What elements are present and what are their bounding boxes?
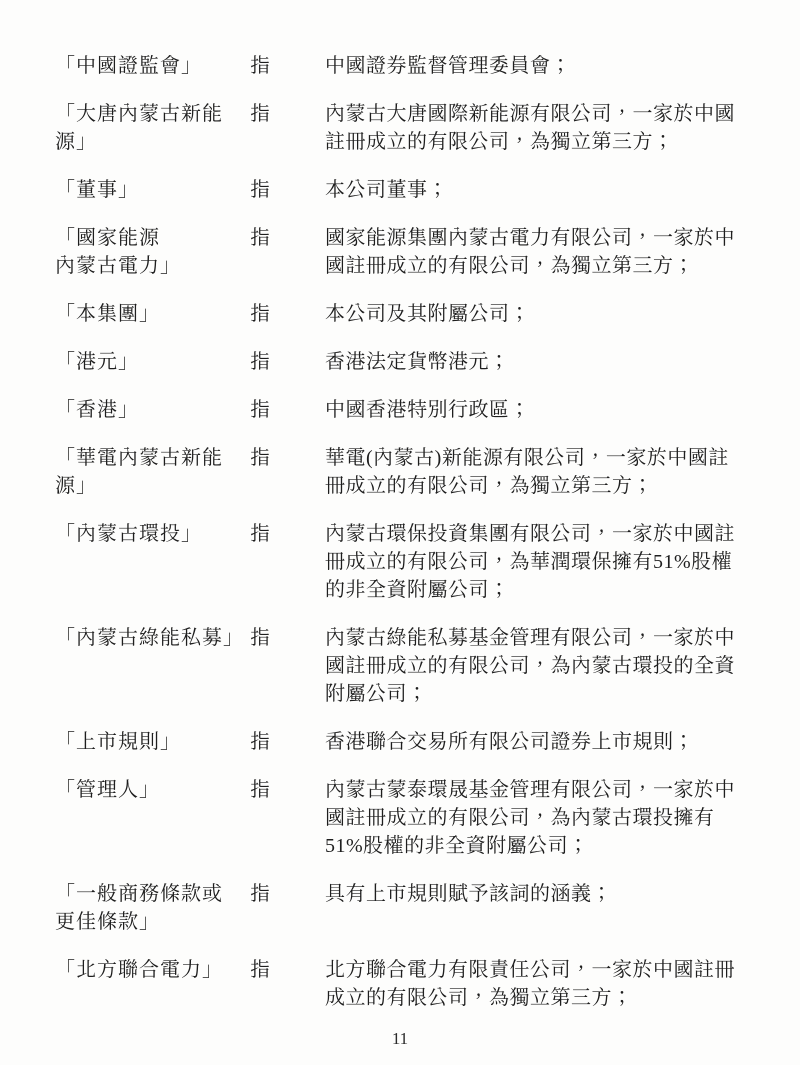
means-label: 指 bbox=[250, 300, 325, 328]
term-text: 「香港」 bbox=[55, 396, 250, 424]
means-label: 指 bbox=[250, 776, 325, 804]
definition-text: 香港法定貨幣港元； bbox=[325, 348, 745, 376]
means-label: 指 bbox=[250, 880, 325, 908]
definition-entry: 「上市規則」 指 香港聯合交易所有限公司證券上市規則； bbox=[55, 728, 745, 756]
term-text: 「中國證監會」 bbox=[55, 52, 250, 80]
definitions-list: 「中國證監會」 指 中國證券監督管理委員會； 「大唐內蒙古新能源」 指 內蒙古大… bbox=[55, 52, 745, 1012]
means-label: 指 bbox=[250, 100, 325, 128]
term-text: 「管理人」 bbox=[55, 776, 250, 804]
means-label: 指 bbox=[250, 728, 325, 756]
definition-entry: 「大唐內蒙古新能源」 指 內蒙古大唐國際新能源有限公司，一家於中國註冊成立的有限… bbox=[55, 100, 745, 156]
page-number: 11 bbox=[0, 1029, 800, 1049]
definition-entry: 「北方聯合電力」 指 北方聯合電力有限責任公司，一家於中國註冊成立的有限公司，為… bbox=[55, 956, 745, 1012]
means-label: 指 bbox=[250, 624, 325, 652]
definition-entry: 「港元」 指 香港法定貨幣港元； bbox=[55, 348, 745, 376]
means-label: 指 bbox=[250, 396, 325, 424]
means-label: 指 bbox=[250, 224, 325, 252]
term-text: 「內蒙古環投」 bbox=[55, 520, 250, 548]
definition-entry: 「中國證監會」 指 中國證券監督管理委員會； bbox=[55, 52, 745, 80]
term-text: 「董事」 bbox=[55, 176, 250, 204]
means-label: 指 bbox=[250, 956, 325, 984]
term-text: 「華電內蒙古新能源」 bbox=[55, 444, 250, 500]
means-label: 指 bbox=[250, 444, 325, 472]
term-text: 「一般商務條款或 更佳條款」 bbox=[55, 880, 250, 936]
definition-entry: 「國家能源 內蒙古電力」 指 國家能源集團內蒙古電力有限公司，一家於中國註冊成立… bbox=[55, 224, 745, 280]
definition-entry: 「一般商務條款或 更佳條款」 指 具有上市規則賦予該詞的涵義； bbox=[55, 880, 745, 936]
definition-entry: 「董事」 指 本公司董事； bbox=[55, 176, 745, 204]
definition-text: 具有上市規則賦予該詞的涵義； bbox=[325, 880, 745, 908]
definition-text: 本公司及其附屬公司； bbox=[325, 300, 745, 328]
means-label: 指 bbox=[250, 52, 325, 80]
term-text: 「大唐內蒙古新能源」 bbox=[55, 100, 250, 156]
term-text: 「北方聯合電力」 bbox=[55, 956, 250, 984]
definition-entry: 「內蒙古環投」 指 內蒙古環保投資集團有限公司，一家於中國註冊成立的有限公司，為… bbox=[55, 520, 745, 604]
definition-text: 國家能源集團內蒙古電力有限公司，一家於中國註冊成立的有限公司，為獨立第三方； bbox=[325, 224, 745, 280]
definition-text: 北方聯合電力有限責任公司，一家於中國註冊成立的有限公司，為獨立第三方； bbox=[325, 956, 745, 1012]
definition-entry: 「香港」 指 中國香港特別行政區； bbox=[55, 396, 745, 424]
term-text: 「本集團」 bbox=[55, 300, 250, 328]
means-label: 指 bbox=[250, 520, 325, 548]
definition-text: 中國證券監督管理委員會； bbox=[325, 52, 745, 80]
definition-text: 本公司董事； bbox=[325, 176, 745, 204]
definition-entry: 「華電內蒙古新能源」 指 華電(內蒙古)新能源有限公司，一家於中國註冊成立的有限… bbox=[55, 444, 745, 500]
means-label: 指 bbox=[250, 176, 325, 204]
document-page: 「中國證監會」 指 中國證券監督管理委員會； 「大唐內蒙古新能源」 指 內蒙古大… bbox=[0, 0, 800, 1065]
definition-text: 內蒙古環保投資集團有限公司，一家於中國註冊成立的有限公司，為華潤環保擁有51%股… bbox=[325, 520, 745, 604]
term-text: 「港元」 bbox=[55, 348, 250, 376]
definition-text: 香港聯合交易所有限公司證券上市規則； bbox=[325, 728, 745, 756]
definition-text: 中國香港特別行政區； bbox=[325, 396, 745, 424]
term-text: 「國家能源 內蒙古電力」 bbox=[55, 224, 250, 280]
definition-text: 華電(內蒙古)新能源有限公司，一家於中國註冊成立的有限公司，為獨立第三方； bbox=[325, 444, 745, 500]
definition-entry: 「管理人」 指 內蒙古蒙泰環晟基金管理有限公司，一家於中國註冊成立的有限公司，為… bbox=[55, 776, 745, 860]
definition-entry: 「本集團」 指 本公司及其附屬公司； bbox=[55, 300, 745, 328]
definition-entry: 「內蒙古綠能私募」 指 內蒙古綠能私募基金管理有限公司，一家於中國註冊成立的有限… bbox=[55, 624, 745, 708]
means-label: 指 bbox=[250, 348, 325, 376]
definition-text: 內蒙古綠能私募基金管理有限公司，一家於中國註冊成立的有限公司，為內蒙古環投的全資… bbox=[325, 624, 745, 708]
term-text: 「上市規則」 bbox=[55, 728, 250, 756]
definition-text: 內蒙古大唐國際新能源有限公司，一家於中國註冊成立的有限公司，為獨立第三方； bbox=[325, 100, 745, 156]
definition-text: 內蒙古蒙泰環晟基金管理有限公司，一家於中國註冊成立的有限公司，為內蒙古環投擁有5… bbox=[325, 776, 745, 860]
term-text: 「內蒙古綠能私募」 bbox=[55, 624, 250, 652]
